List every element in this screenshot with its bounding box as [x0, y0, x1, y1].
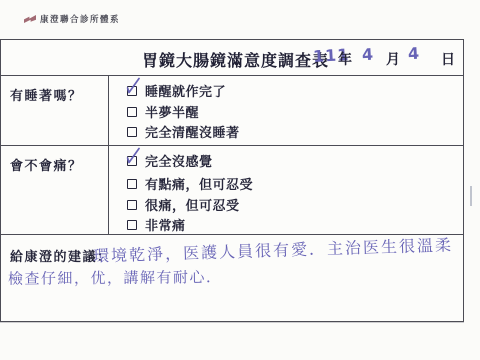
form-title: 胃鏡大腸鏡滿意度調查表: [142, 48, 329, 71]
option-label: 睡醒就作完了: [145, 81, 226, 100]
option-label: 半夢半醒: [145, 102, 199, 121]
option-slight-pain: 有點痛，但可忍受: [127, 177, 253, 190]
scanned-survey-form: 康澄聯合診所體系 胃鏡大腸鏡滿意度調查表 111 年 4 月 4 日 有睡著嗎？…: [0, 0, 480, 360]
option-woke-up-done: 睡醒就作完了: [127, 84, 226, 97]
clinic-logo-icon: [24, 15, 36, 23]
checkbox[interactable]: [127, 220, 137, 230]
question-sleep-label: 有睡著嗎？: [10, 85, 83, 104]
date-month-value: 4: [362, 45, 375, 65]
row-divider: [1, 75, 463, 76]
scan-artifact: [470, 186, 472, 206]
checkbox[interactable]: [127, 127, 137, 137]
checkbox[interactable]: [127, 107, 137, 117]
option-extremely-painful: 非常痛: [127, 218, 186, 231]
option-label: 非常痛: [145, 215, 186, 234]
handwritten-comment-line1: 環境乾淨，医護人員很有愛．主治医生很溫柔: [93, 232, 454, 266]
survey-table: 胃鏡大腸鏡滿意度調查表 111 年 4 月 4 日 有睡著嗎？ 睡醒就作完了 半…: [0, 39, 464, 322]
question-pain-label: 會不會痛？: [10, 155, 83, 174]
clinic-letterhead: 康澄聯合診所體系: [24, 13, 120, 25]
checkbox[interactable]: [127, 86, 137, 96]
handwritten-checkmark-icon: [125, 76, 142, 97]
option-fully-awake: 完全清醒沒睡著: [127, 125, 240, 138]
option-label: 很痛，但可忍受: [145, 195, 240, 214]
option-half-asleep: 半夢半醒: [127, 105, 199, 118]
handwritten-checkmark-icon: [125, 146, 142, 167]
option-label: 完全沒感覺: [145, 151, 213, 170]
row-divider: [1, 145, 463, 146]
checkbox[interactable]: [127, 200, 137, 210]
column-divider: [108, 75, 109, 234]
date-day-value: 4: [408, 44, 421, 64]
handwritten-comment-line2: 檢查仔細，优，講解有耐心．: [8, 266, 223, 289]
date-month-unit: 月: [386, 49, 400, 69]
checkbox[interactable]: [127, 179, 137, 189]
date-day-unit: 日: [441, 49, 455, 69]
option-no-feeling: 完全沒感覺: [127, 154, 213, 167]
option-label: 完全清醒沒睡著: [145, 122, 240, 141]
clinic-name: 康澄聯合診所體系: [40, 13, 120, 25]
option-label: 有點痛，但可忍受: [145, 174, 253, 193]
checkbox[interactable]: [127, 156, 137, 166]
option-very-painful-bearable: 很痛，但可忍受: [127, 198, 240, 211]
date-year-unit: 年: [338, 49, 352, 69]
